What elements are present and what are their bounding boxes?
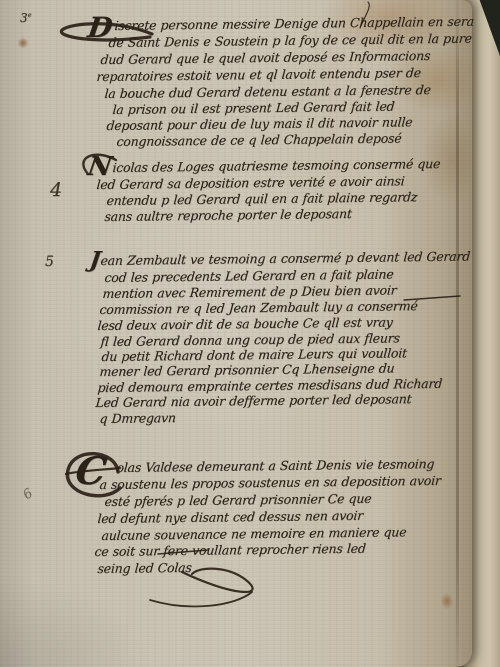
margin-number-3-value: 3 xyxy=(20,11,28,25)
manuscript-photo: 3e 4 5 6 D N J C iscrete personne messir… xyxy=(0,0,500,667)
margin-number-3-suffix: e xyxy=(28,11,32,19)
page-fold-crease xyxy=(456,0,459,667)
manuscript-line: led defunt nye disant ced dessus nen avo… xyxy=(97,510,363,526)
margin-number-5: 5 xyxy=(45,255,54,269)
manuscript-line: sans aultre reproche porter le deposant xyxy=(104,208,352,224)
margin-number-4: 4 xyxy=(50,181,62,200)
manuscript-line: seing led Colas xyxy=(97,562,192,576)
manuscript-line: ce soit sur fere voullant reprocher rien… xyxy=(94,543,366,559)
margin-number-3: 3e xyxy=(20,12,32,24)
manuscript-line: q Dmregavn xyxy=(99,412,176,425)
manuscript-line: esté pferés p led Gerard prisonnier Ce q… xyxy=(104,493,372,509)
